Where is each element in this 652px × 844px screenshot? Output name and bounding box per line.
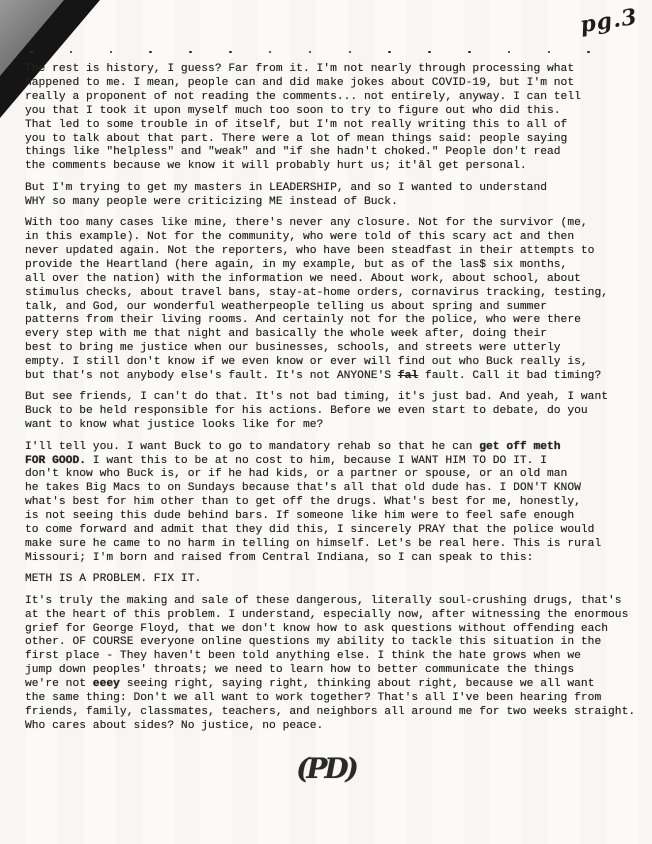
text-line: stimulus checks, about travel bans, stay… — [25, 287, 637, 301]
text-segment: It's truly the making and sale of these … — [25, 595, 622, 607]
text-line: is not seeing this dude behind bars. If … — [25, 510, 637, 524]
text-line: want to know what justice looks like for… — [25, 419, 637, 433]
text-segment: in this example). Not for the community,… — [25, 231, 574, 243]
text-segment: we're not — [25, 678, 93, 690]
text-line: empty. I still don't know if we even kno… — [25, 356, 637, 370]
text-line: But see friends, I can't do that. It's n… — [25, 391, 637, 405]
separator-dot — [229, 51, 232, 54]
text-line: I'll tell you. I want Buck to go to mand… — [25, 441, 637, 455]
text-line: Missouri; I'm born and raised from Centr… — [25, 552, 637, 566]
text-line: at the heart of this problem. I understa… — [25, 609, 637, 623]
text-segment: That led to some trouble in of itself, b… — [25, 119, 567, 131]
text-segment: But I'm trying to get my masters in LEAD… — [25, 182, 547, 194]
text-segment: first place - They haven't been told any… — [25, 650, 581, 662]
text-segment: The rest is history, I guess? Far from i… — [25, 63, 574, 75]
text-segment: at the heart of this problem. I understa… — [25, 609, 628, 621]
text-segment: you to talk about that part. There were … — [25, 133, 567, 145]
separator-dot — [189, 51, 192, 54]
text-segment: Who cares about sides? No justice, no pe… — [25, 720, 323, 732]
text-line: first place - They haven't been told any… — [25, 650, 637, 664]
separator-dot — [468, 51, 471, 54]
text-line: really a proponent of not reading the co… — [25, 91, 637, 105]
text-segment: Missouri; I'm born and raised from Centr… — [25, 552, 533, 564]
text-line: friends, family, classmates, teachers, a… — [25, 706, 637, 720]
text-segment: what's best for him other than to get of… — [25, 496, 581, 508]
text-line: The rest is history, I guess? Far from i… — [25, 63, 637, 77]
separator-dot — [269, 51, 272, 54]
text-segment: seeing right, saying right, thinking abo… — [120, 678, 595, 690]
paragraph: It's truly the making and sale of these … — [25, 595, 637, 734]
text-line: Who cares about sides? No justice, no pe… — [25, 720, 637, 734]
text-segment: is not seeing this dude behind bars. If … — [25, 510, 574, 522]
text-segment: to come forward and admit that they did … — [25, 524, 594, 536]
text-segment: make sure he came to no harm in telling … — [25, 538, 601, 550]
text-segment: really a proponent of not reading the co… — [25, 91, 581, 103]
text-segment: WHY so many people were criticizing ME i… — [25, 196, 398, 208]
typed-text: The rest is history, I guess? Far from i… — [25, 63, 637, 741]
separator-dot — [587, 51, 590, 54]
text-segment: eeey — [93, 678, 120, 690]
separator-dot — [428, 51, 431, 54]
separator-dot — [548, 51, 551, 54]
text-segment: FOR GOOD. — [25, 455, 86, 467]
paragraph: But I'm trying to get my masters in LEAD… — [25, 182, 637, 210]
paragraph: I'll tell you. I want Buck to go to mand… — [25, 441, 637, 566]
document-page: { "page": { "page_label": "pg.3", "separ… — [0, 0, 652, 844]
text-line: never updated again. Not the reporters, … — [25, 245, 637, 259]
text-segment: provide the Heartland (here again, in my… — [25, 259, 567, 271]
text-line: With too many cases like mine, there's n… — [25, 217, 637, 231]
text-line: you to talk about that part. There were … — [25, 133, 637, 147]
text-line: METH IS A PROBLEM. FIX IT. — [25, 573, 637, 587]
text-segment: he takes Big Macs to on Sundays because … — [25, 482, 581, 494]
text-line: It's truly the making and sale of these … — [25, 595, 637, 609]
text-line: make sure he came to no harm in telling … — [25, 538, 637, 552]
text-segment: happened to me. I mean, people can and d… — [25, 77, 574, 89]
separator-dots — [30, 49, 590, 55]
text-line: he takes Big Macs to on Sundays because … — [25, 482, 637, 496]
text-line: don't know who Buck is, or if he had kid… — [25, 468, 637, 482]
paragraph: With too many cases like mine, there's n… — [25, 217, 637, 384]
text-segment: patterns from their living rooms. And ce… — [25, 314, 581, 326]
text-line: happened to me. I mean, people can and d… — [25, 77, 637, 91]
separator-dot — [309, 51, 312, 54]
handwritten-page-number: pg.3 — [579, 4, 640, 39]
text-segment: want to know what justice looks like for… — [25, 419, 323, 431]
separator-dot — [110, 51, 113, 54]
text-line: WHY so many people were criticizing ME i… — [25, 196, 637, 210]
text-segment: the comments because we know it will pro… — [25, 160, 527, 172]
text-line: grief for George Floyd, that we don't kn… — [25, 623, 637, 637]
text-line: talk, and God, our wonderful weatherpeop… — [25, 301, 637, 315]
text-line: That led to some trouble in of itself, b… — [25, 119, 637, 133]
paragraph: The rest is history, I guess? Far from i… — [25, 63, 637, 174]
text-line: other. OF COURSE everyone online questio… — [25, 636, 637, 650]
text-segment: you that I took it upon myself much too … — [25, 105, 561, 117]
text-segment: all over the nation) with the informatio… — [25, 273, 581, 285]
separator-dot — [349, 51, 352, 54]
paragraph: METH IS A PROBLEM. FIX IT. — [25, 573, 637, 587]
text-segment: don't know who Buck is, or if he had kid… — [25, 468, 567, 480]
text-line: the comments because we know it will pro… — [25, 160, 637, 174]
text-line: you that I took it upon myself much too … — [25, 105, 637, 119]
text-line: FOR GOOD. I want this to be at no cost t… — [25, 455, 637, 469]
text-line: But I'm trying to get my masters in LEAD… — [25, 182, 637, 196]
text-segment: METH IS A PROBLEM. FIX IT. — [25, 573, 201, 585]
text-line: jump down peoples' throats; we need to l… — [25, 664, 637, 678]
monogram-signature: (PD) — [0, 752, 652, 785]
text-segment: never updated again. Not the reporters, … — [25, 245, 594, 257]
text-segment: talk, and God, our wonderful weatherpeop… — [25, 301, 547, 313]
text-line: patterns from their living rooms. And ce… — [25, 314, 637, 328]
text-line: best to bring me justice when our busine… — [25, 342, 637, 356]
text-line: in this example). Not for the community,… — [25, 231, 637, 245]
text-segment: I want this to be at no cost to him, bec… — [86, 455, 547, 467]
separator-dot — [149, 51, 152, 54]
text-segment: But see friends, I can't do that. It's n… — [25, 391, 608, 403]
text-segment: friends, family, classmates, teachers, a… — [25, 706, 635, 718]
text-line: to come forward and admit that they did … — [25, 524, 637, 538]
paragraph: But see friends, I can't do that. It's n… — [25, 391, 637, 433]
separator-dot — [508, 51, 511, 54]
text-line: but that's not anybody else's fault. It'… — [25, 370, 637, 384]
separator-dot — [30, 51, 33, 54]
text-segment: jump down peoples' throats; we need to l… — [25, 664, 574, 676]
text-segment: get off meth — [479, 441, 560, 453]
text-segment: but that's not anybody else's fault. It'… — [25, 370, 398, 382]
text-segment: things like "helpless" and "weak" and "i… — [25, 146, 561, 158]
separator-dot — [388, 51, 391, 54]
text-line: every step with me that night and basica… — [25, 328, 637, 342]
text-line: all over the nation) with the informatio… — [25, 273, 637, 287]
text-segment: grief for George Floyd, that we don't kn… — [25, 623, 608, 635]
text-segment: Buck to be held responsible for his acti… — [25, 405, 588, 417]
text-segment: fal — [398, 370, 418, 382]
text-segment: I'll tell you. I want Buck to go to mand… — [25, 441, 479, 453]
text-line: Buck to be held responsible for his acti… — [25, 405, 637, 419]
text-segment: the same thing: Don't we all want to wor… — [25, 692, 601, 704]
text-line: provide the Heartland (here again, in my… — [25, 259, 637, 273]
text-segment: other. OF COURSE everyone online questio… — [25, 636, 601, 648]
text-segment: best to bring me justice when our busine… — [25, 342, 561, 354]
text-line: we're not eeey seeing right, saying righ… — [25, 678, 637, 692]
text-line: the same thing: Don't we all want to wor… — [25, 692, 637, 706]
text-line: things like "helpless" and "weak" and "i… — [25, 146, 637, 160]
text-segment: every step with me that night and basica… — [25, 328, 547, 340]
text-segment: empty. I still don't know if we even kno… — [25, 356, 588, 368]
text-line: what's best for him other than to get of… — [25, 496, 637, 510]
separator-dot — [70, 51, 73, 54]
text-segment: With too many cases like mine, there's n… — [25, 217, 588, 229]
text-segment: stimulus checks, about travel bans, stay… — [25, 287, 608, 299]
text-segment: fault. Call it bad timing? — [418, 370, 601, 382]
